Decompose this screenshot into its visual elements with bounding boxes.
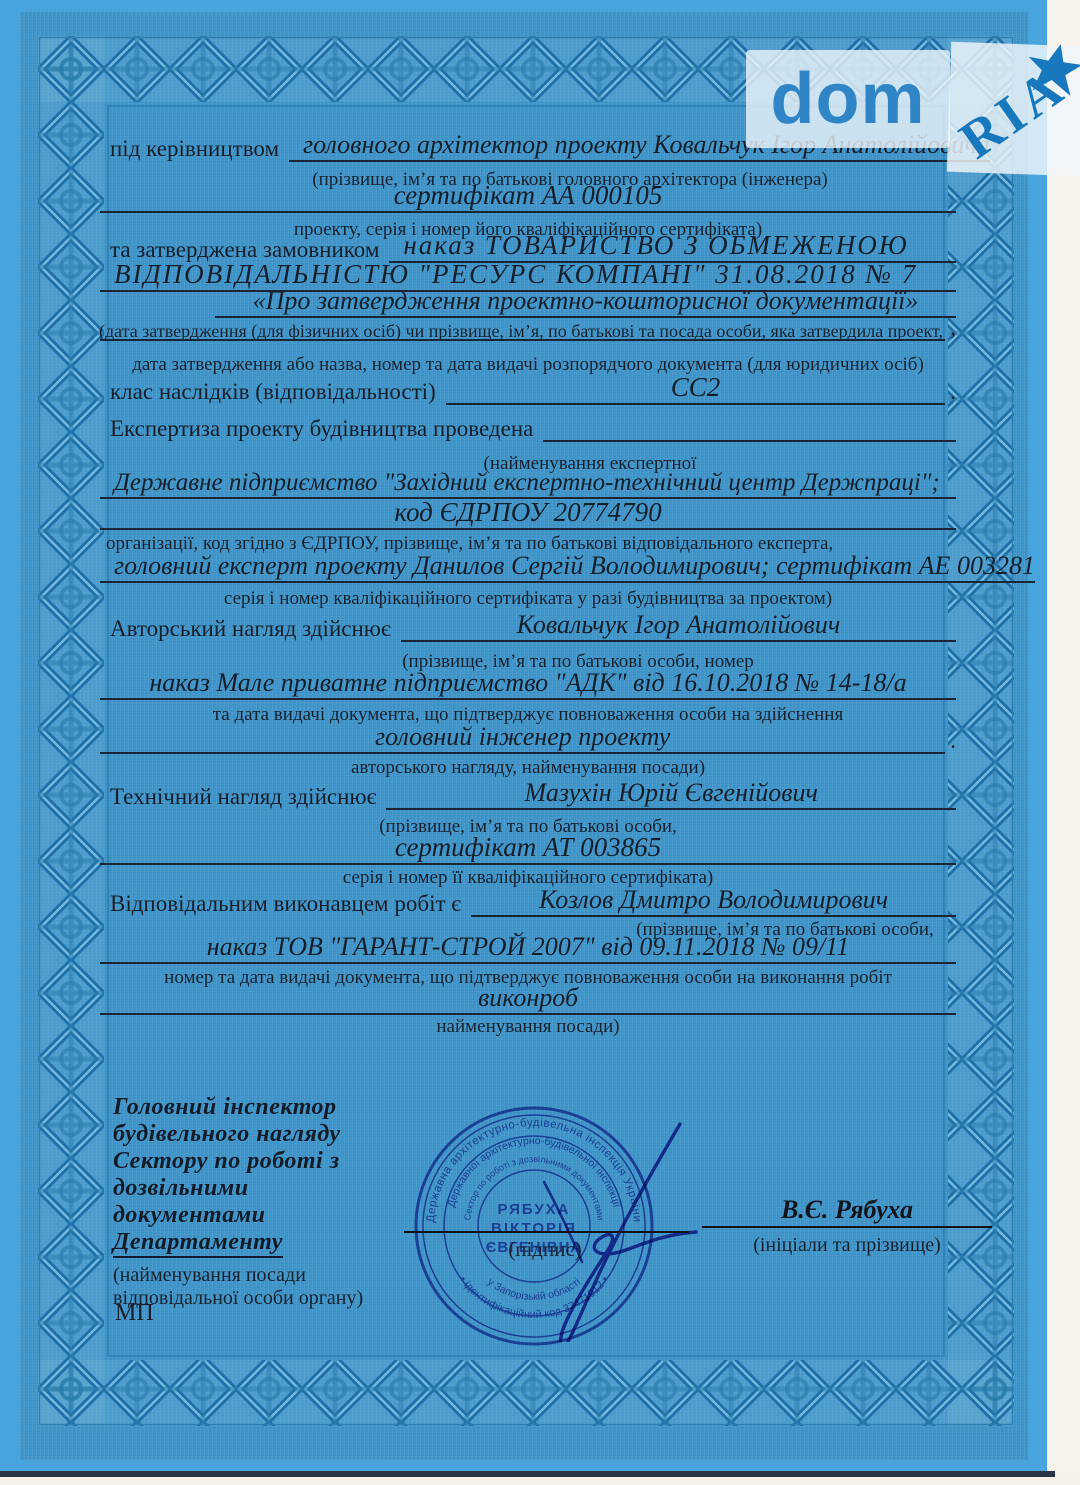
author-supervision-label: Авторський нагляд здійснює bbox=[110, 616, 401, 642]
author-caption3: авторського нагляду, найменування посади… bbox=[100, 757, 956, 779]
ria-watermark: RIA bbox=[947, 42, 1080, 177]
executor-caption3: найменування посади) bbox=[100, 1016, 956, 1038]
official-name: В.Є. Рябуха bbox=[702, 1195, 992, 1225]
expertise-row: Експертиза проекту будівництва проведена bbox=[110, 416, 956, 442]
expertise-value-line1: Державне підприємство "Західний експертн… bbox=[100, 469, 956, 499]
dom-logo: dom bbox=[771, 63, 926, 135]
name-line bbox=[702, 1226, 992, 1228]
responsible-executor-value: Козлов Дмитро Володимирович bbox=[471, 885, 956, 917]
technical-supervision-row: Технічний нагляд здійснює Мазухін Юрій Є… bbox=[110, 778, 956, 810]
executor-position-value: виконроб bbox=[100, 983, 956, 1015]
expertise-expert-row: головний експерт проекту Данилов Сергій … bbox=[100, 551, 956, 583]
author-position-period: . bbox=[945, 728, 956, 754]
responsible-executor-label: Відповідальним виконавцем робіт є bbox=[110, 891, 471, 917]
consequence-class-period: . bbox=[945, 379, 956, 405]
approved-empty-line bbox=[100, 339, 945, 341]
supervisor-label: під керівництвом bbox=[110, 136, 289, 162]
expertise-label: Експертиза проекту будівництва проведена bbox=[110, 416, 543, 442]
signature-line bbox=[404, 1231, 689, 1233]
technical-certificate-value: сертифікат АТ 003865 bbox=[100, 832, 956, 865]
scan-edge-bottom bbox=[0, 1477, 1080, 1485]
expertise-value-line2: код ЄДРПОУ 20774790 bbox=[100, 497, 956, 530]
approved-trailing-comma: , bbox=[945, 315, 956, 341]
technical-supervision-label: Технічний нагляд здійснює bbox=[110, 784, 386, 810]
executor-order-value: наказ ТОВ "ГАРАНТ-СТРОЙ 2007" від 09.11.… bbox=[100, 932, 956, 964]
technical-supervision-value: Мазухін Юрій Євгенійович bbox=[386, 778, 956, 810]
author-supervision-row: Авторський нагляд здійснює Ковальчук Іго… bbox=[110, 610, 956, 642]
consequence-class-label: клас наслідків (відповідальності) bbox=[110, 379, 446, 405]
expertise-empty-line bbox=[543, 440, 956, 442]
executor-position-row: виконроб bbox=[100, 983, 956, 1015]
certificate-value: сертифікат АА 000105 bbox=[100, 180, 956, 213]
author-position-row: головний інженер проекту . bbox=[100, 722, 956, 754]
scan-edge-right bbox=[1047, 0, 1080, 1485]
approved-value-line3: «Про затвердження проектно-кошторисної д… bbox=[215, 286, 956, 318]
certificate-row: сертифікат АА 000105 bbox=[100, 180, 956, 213]
author-order-row: наказ Мале приватне підприємство "АДК" в… bbox=[100, 668, 956, 700]
mp-seal-mark: МП bbox=[115, 1300, 154, 1327]
approved-row3: «Про затвердження проектно-кошторисної д… bbox=[215, 286, 956, 318]
expertise-caption3: серія і номер кваліфікаційного сертифіка… bbox=[100, 588, 956, 610]
executor-order-row: наказ ТОВ "ГАРАНТ-СТРОЙ 2007" від 09.11.… bbox=[100, 932, 956, 964]
responsible-executor-row: Відповідальним виконавцем робіт є Козлов… bbox=[110, 885, 956, 917]
name-caption: (ініціали та прізвище) bbox=[702, 1234, 992, 1257]
technical-certificate-row: сертифікат АТ 003865 bbox=[100, 832, 956, 865]
expertise-value-line3: головний експерт проекту Данилов Сергій … bbox=[100, 551, 1035, 583]
signature-caption: (підпис) bbox=[470, 1237, 620, 1262]
consequence-class-row: клас наслідків (відповідальності) СС2 . bbox=[110, 372, 956, 405]
expertise-code-row: код ЄДРПОУ 20774790 bbox=[100, 497, 956, 530]
author-position-value: головний інженер проекту bbox=[100, 722, 945, 754]
scanned-page: під керівництвом головного архітектор пр… bbox=[0, 0, 1047, 1473]
author-supervision-value: Ковальчук Ігор Анатолійович bbox=[401, 610, 956, 642]
author-order-value: наказ Мале приватне підприємство "АДК" в… bbox=[100, 668, 956, 700]
expertise-org-row: Державне підприємство "Західний експертн… bbox=[100, 469, 956, 499]
ria-logo: RIA bbox=[938, 47, 1080, 178]
dom-watermark: dom bbox=[746, 50, 950, 148]
consequence-class-value: СС2 bbox=[446, 372, 946, 405]
approved-empty-rule: , bbox=[100, 315, 956, 341]
